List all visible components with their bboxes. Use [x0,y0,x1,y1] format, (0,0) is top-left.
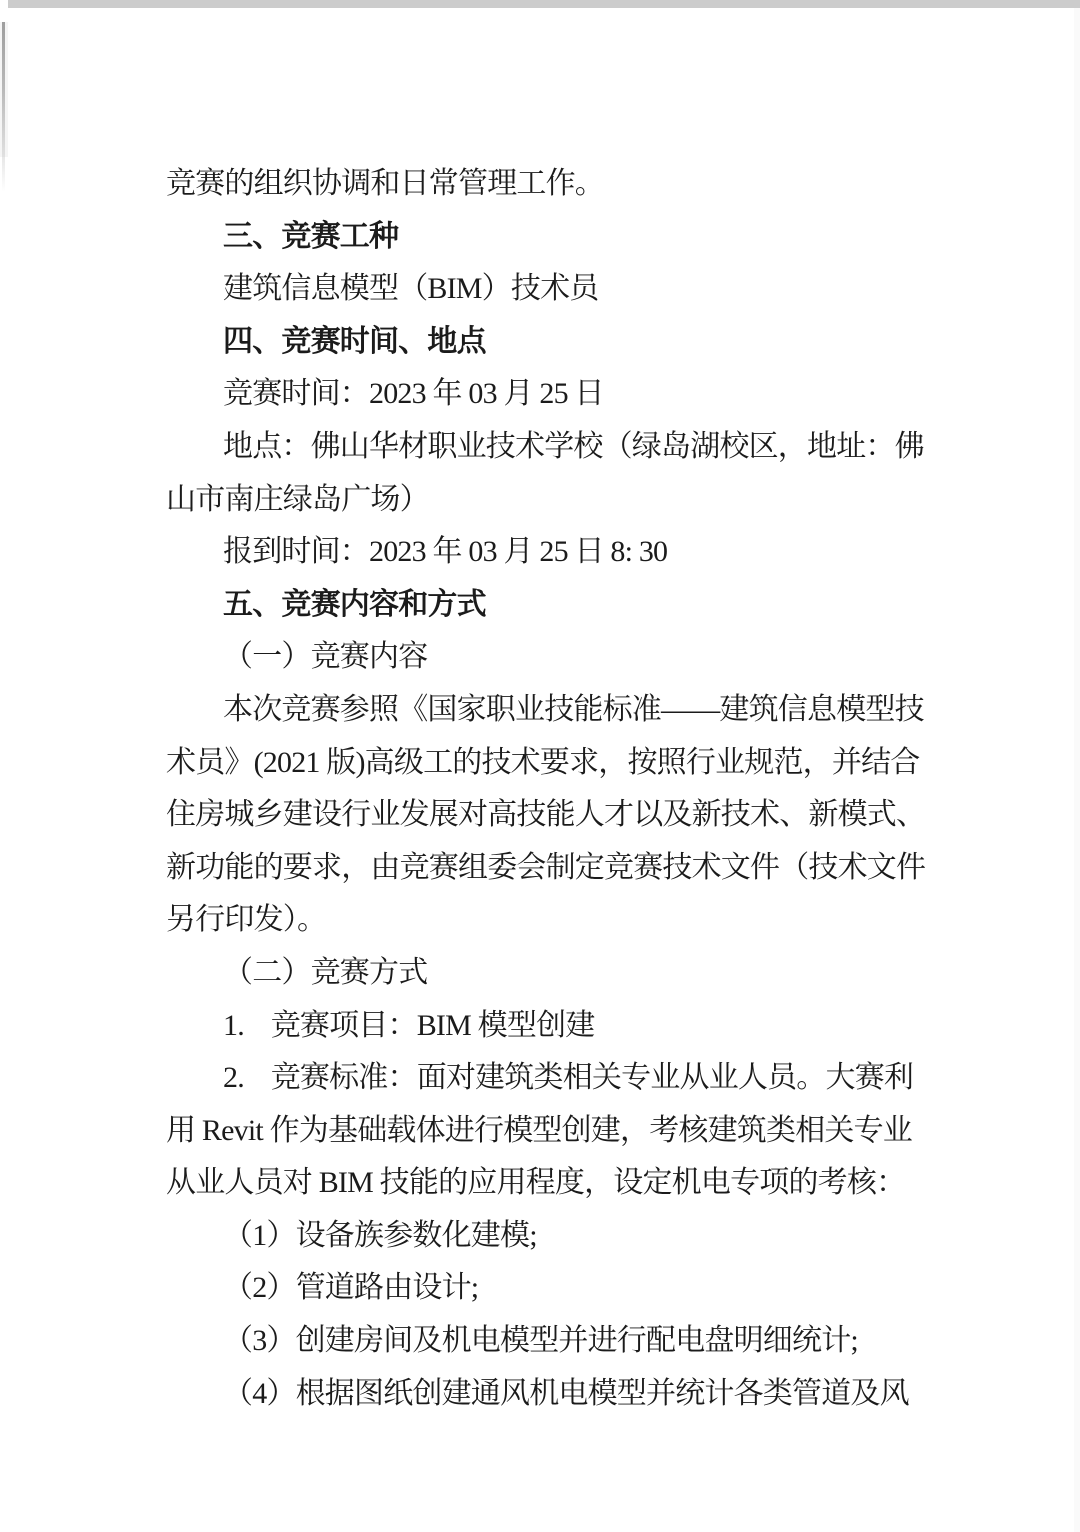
text-line: 建筑信息模型（BIM）技术员 [166,263,956,316]
document-text-block: 竞赛的组织协调和日常管理工作。三、竞赛工种建筑信息模型（BIM）技术员四、竞赛时… [166,158,956,1420]
text-line: 用 Revit 作为基础载体进行模型创建，考核建筑类相关专业 [166,1105,956,1158]
text-line: 住房城乡建设行业发展对高技能人才以及新技术、新模式、 [166,789,956,842]
text-line: （1）设备族参数化建模; [166,1210,956,1263]
text-line: 竞赛的组织协调和日常管理工作。 [166,158,956,211]
text-line: 山市南庄绿岛广场） [166,474,956,527]
left-scan-artifact-line [2,22,5,192]
text-line: （3）创建房间及机电模型并进行配电盘明细统计; [166,1315,956,1368]
text-line: 地点：佛山华材职业技术学校（绿岛湖校区，地址：佛 [166,421,956,474]
text-line: 另行印发）。 [166,894,956,947]
text-line: 新功能的要求，由竞赛组委会制定竞赛技术文件（技术文件 [166,842,956,895]
text-line: 报到时间：2023 年 03 月 25 日 8: 30 [166,526,956,579]
text-line: 四、竞赛时间、地点 [166,316,956,369]
text-line: 术员》(2021 版)高级工的技术要求，按照行业规范，并结合 [166,737,956,790]
text-line: 三、竞赛工种 [166,211,956,264]
text-line: 1. 竞赛项目：BIM 模型创建 [166,1000,956,1053]
text-line: （4）根据图纸创建通风机电模型并统计各类管道及风 [166,1368,956,1421]
text-line: 2. 竞赛标准：面对建筑类相关专业从业人员。大赛利 [166,1052,956,1105]
text-line: 竞赛时间：2023 年 03 月 25 日 [166,368,956,421]
text-line: 从业人员对 BIM 技能的应用程度，设定机电专项的考核： [166,1157,956,1210]
text-line: 五、竞赛内容和方式 [166,579,956,632]
text-line: （一）竞赛内容 [166,631,956,684]
scanner-edge-strip [8,0,1080,8]
text-line: （2）管道路由设计; [166,1262,956,1315]
text-line: （二）竞赛方式 [166,947,956,1000]
right-scan-tint [1074,8,1080,1532]
text-line: 本次竞赛参照《国家职业技能标准——建筑信息模型技 [166,684,956,737]
document-page: 竞赛的组织协调和日常管理工作。三、竞赛工种建筑信息模型（BIM）技术员四、竞赛时… [0,0,1080,1532]
